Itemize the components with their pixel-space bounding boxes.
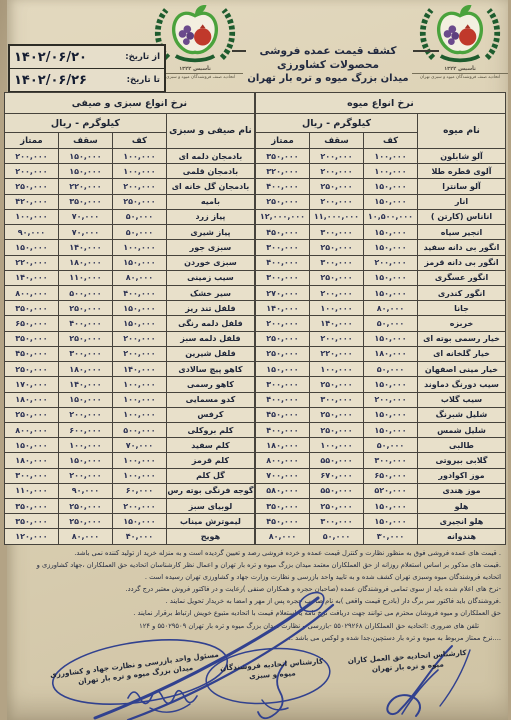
fruit-ceiling-cell: ۲۵۰,۰۰۰ <box>310 499 364 514</box>
veg-floor-cell: ۵۰,۰۰۰ <box>112 225 166 240</box>
veg-table-row: فلفل دلمه سبز ۲۰۰,۰۰۰ ۲۵۰,۰۰۰ ۳۵۰,۰۰۰ <box>4 331 254 346</box>
fruit-name-cell: خیار مینی اصفهان <box>418 362 506 377</box>
fruit-floor-cell: ۳۰,۰۰۰ <box>364 529 418 545</box>
fruit-ceiling-cell: ۵۵۰,۰۰۰ <box>310 483 364 498</box>
veg-ceiling-cell: ۳۰۰,۰۰۰ <box>58 346 112 361</box>
veg-floor-cell: ۲۰۰,۰۰۰ <box>112 331 166 346</box>
fruit-premium-cell: ۳۰۰,۰۰۰ <box>255 377 309 392</box>
veg-name-cell: کدو مسمایی <box>166 392 254 407</box>
fruit-ceiling-cell: ۱۱,۰۰۰,۰۰۰ <box>310 209 364 224</box>
veg-floor-header: کف <box>112 133 166 149</box>
footnote-line: اتحادیه فروشندگان میوه وسبزی تهران کشف ش… <box>6 571 505 583</box>
veg-floor-cell: ۲۵۰,۰۰۰ <box>112 194 166 209</box>
veg-ceiling-cell: ۱۸۰,۰۰۰ <box>58 362 112 377</box>
fruit-premium-cell: ۱۵۰,۰۰۰ <box>255 362 309 377</box>
fruit-table-title: نرخ انواع میوه <box>255 93 505 114</box>
fruit-premium-cell: ۴۵۰,۰۰۰ <box>255 514 309 529</box>
veg-ceiling-cell: ۲۵۰,۰۰۰ <box>58 301 112 316</box>
veg-table-row: کلم سفید ۷۰,۰۰۰ ۱۰۰,۰۰۰ ۱۵۰,۰۰۰ <box>4 438 254 453</box>
veg-ceiling-cell: ۷۰,۰۰۰ <box>58 209 112 224</box>
veg-ceiling-cell: ۱۵۰,۰۰۰ <box>58 453 112 468</box>
veg-premium-cell: ۳۵۰,۰۰۰ <box>4 499 58 514</box>
veg-floor-cell: ۱۰۰,۰۰۰ <box>112 377 166 392</box>
veg-name-cell: کلم قرمز <box>166 453 254 468</box>
fruit-ceiling-cell: ۱۰۰,۰۰۰ <box>310 362 364 377</box>
fruit-floor-cell: ۱۵۰,۰۰۰ <box>364 194 418 209</box>
fruit-premium-cell: ۳۵۰,۰۰۰ <box>255 149 309 164</box>
veg-name-cell: کلم بروکلی <box>166 422 254 437</box>
veg-ceiling-cell: ۲۵۰,۰۰۰ <box>58 331 112 346</box>
fruit-ceiling-cell: ۱۴۰,۰۰۰ <box>310 316 364 331</box>
veg-premium-cell: ۸۰۰,۰۰۰ <box>4 285 58 300</box>
veg-premium-cell: ۹۰,۰۰۰ <box>4 225 58 240</box>
fruit-ceiling-cell: ۶۷۰,۰۰۰ <box>310 468 364 483</box>
footnotes: . قیمت های عمده فروشی فوق به منظور نظارت… <box>6 547 505 644</box>
fruit-ceiling-cell: ۲۰۰,۰۰۰ <box>310 149 364 164</box>
veg-name-cell: کاهو رسمی <box>166 377 254 392</box>
veg-name-cell: فلفل تند ریز <box>166 301 254 316</box>
fruit-name-cell: هلو انجیری <box>418 514 506 529</box>
date-to-row: تا تاریخ: ۱۴۰۲/۰۶/۲۶ <box>10 69 164 91</box>
fruit-premium-cell: ۲۵۰,۰۰۰ <box>255 331 309 346</box>
fruit-floor-cell: ۱۵۰,۰۰۰ <box>364 407 418 422</box>
date-range-box: از تاریخ: ۱۴۰۲/۰۶/۲۰ تا تاریخ: ۱۴۰۲/۰۶/۲… <box>8 44 166 93</box>
footnote-line: ....نرخ ممتاز مربوط به میوه و تره بار دس… <box>6 632 505 644</box>
veg-premium-cell: ۱۵۰,۰۰۰ <box>4 438 58 453</box>
fruit-premium-cell: ۴۰۰,۰۰۰ <box>255 392 309 407</box>
fruit-table-row: انگور بی دانه قرمز ۲۰۰,۰۰۰ ۳۰۰,۰۰۰ ۴۰۰,۰… <box>255 255 505 270</box>
footnote-line: -نرخ های اعلام شده باید از سوی تمامی فرو… <box>6 583 505 595</box>
veg-table-row: کلم قرمز ۱۰۰,۰۰۰ ۱۵۰,۰۰۰ ۱۸۰,۰۰۰ <box>4 453 254 468</box>
fruit-ceiling-cell: ۵۵۰,۰۰۰ <box>310 453 364 468</box>
veg-ceiling-cell: ۱۵۰,۰۰۰ <box>58 392 112 407</box>
veg-table-row: فلفل شیرین ۲۰۰,۰۰۰ ۳۰۰,۰۰۰ ۴۵۰,۰۰۰ <box>4 346 254 361</box>
fruit-floor-cell: ۱۵۰,۰۰۰ <box>364 514 418 529</box>
veg-premium-header: ممتاز <box>4 133 58 149</box>
veg-table-row: سیب زمینی ۸۰,۰۰۰ ۱۱۰,۰۰۰ ۱۴۰,۰۰۰ <box>4 270 254 285</box>
fruit-floor-cell: ۱۰۰,۰۰۰ <box>364 164 418 179</box>
fruit-table-row: موز هندی ۵۲۰,۰۰۰ ۵۵۰,۰۰۰ ۵۸۰,۰۰۰ <box>255 483 505 498</box>
fruit-premium-cell: ۱۸۰,۰۰۰ <box>255 438 309 453</box>
veg-floor-cell: ۲۰۰,۰۰۰ <box>112 346 166 361</box>
fruit-premium-cell: ۲۰۰,۰۰۰ <box>255 316 309 331</box>
veg-table-row: کاهو پیچ سالادی ۱۴۰,۰۰۰ ۱۸۰,۰۰۰ ۲۵۰,۰۰۰ <box>4 362 254 377</box>
veg-ceiling-cell: ۶۰۰,۰۰۰ <box>58 422 112 437</box>
fruit-floor-cell: ۵۰,۰۰۰ <box>364 362 418 377</box>
fruit-ceiling-cell: ۳۰۰,۰۰۰ <box>310 514 364 529</box>
veg-premium-cell: ۳۰۰,۰۰۰ <box>4 468 58 483</box>
veg-floor-cell: ۱۰۰,۰۰۰ <box>112 468 166 483</box>
fruit-price-table: نرخ انواع میوه نام میوه کیلوگرم - ریال ک… <box>255 92 506 545</box>
fruit-name-cell: انگور عسگری <box>418 270 506 285</box>
veg-floor-cell: ۱۰۰,۰۰۰ <box>112 149 166 164</box>
veg-floor-cell: ۱۰۰,۰۰۰ <box>112 407 166 422</box>
veg-floor-cell: ۲۰۰,۰۰۰ <box>112 499 166 514</box>
veg-name-cell: پیاز زرد <box>166 209 254 224</box>
fruit-table-row: آلوی قطره طلا ۱۰۰,۰۰۰ ۲۰۰,۰۰۰ ۳۲۰,۰۰۰ <box>255 164 505 179</box>
veg-table-row: کاهو رسمی ۱۰۰,۰۰۰ ۱۴۰,۰۰۰ ۱۷۰,۰۰۰ <box>4 377 254 392</box>
veg-table-row: فلفل تند ریز ۱۵۰,۰۰۰ ۲۵۰,۰۰۰ ۳۵۰,۰۰۰ <box>4 301 254 316</box>
date-from-row: از تاریخ: ۱۴۰۲/۰۶/۲۰ <box>10 46 164 69</box>
fruit-name-cell: انجیر سیاه <box>418 225 506 240</box>
fruit-table-row: گلابی بیروتی ۳۰۰,۰۰۰ ۵۵۰,۰۰۰ ۸۰۰,۰۰۰ <box>255 453 505 468</box>
veg-premium-cell: ۲۰۰,۰۰۰ <box>4 149 58 164</box>
fruit-name-cell: آلو سانترا <box>418 179 506 194</box>
veg-floor-cell: ۱۵۰,۰۰۰ <box>112 514 166 529</box>
veg-floor-cell: ۴۰,۰۰۰ <box>112 529 166 545</box>
veg-name-cell: گوجه فرنگی بوته رس <box>166 483 254 498</box>
veg-floor-cell: ۱۰۰,۰۰۰ <box>112 453 166 468</box>
veg-table-row: کدو مسمایی ۱۰۰,۰۰۰ ۱۵۰,۰۰۰ ۱۸۰,۰۰۰ <box>4 392 254 407</box>
veg-table-row: کلم بروکلی ۵۰۰,۰۰۰ ۶۰۰,۰۰۰ ۸۰۰,۰۰۰ <box>4 422 254 437</box>
fruit-name-cell: گلابی بیروتی <box>418 453 506 468</box>
veg-floor-cell: ۵۰,۰۰۰ <box>112 209 166 224</box>
fruit-ceiling-cell: ۵۰,۰۰۰ <box>310 529 364 545</box>
fruit-table-row: خیار گلخانه ای ۱۸۰,۰۰۰ ۲۲۰,۰۰۰ ۲۵۰,۰۰۰ <box>255 346 505 361</box>
fruit-table-row: موز اکوادور ۶۵۰,۰۰۰ ۶۷۰,۰۰۰ ۷۰۰,۰۰۰ <box>255 468 505 483</box>
fruit-premium-cell: ۱۲,۰۰۰,۰۰۰ <box>255 209 309 224</box>
fruit-table-row: انگور بی دانه سفید ۱۵۰,۰۰۰ ۲۵۰,۰۰۰ ۳۰۰,۰… <box>255 240 505 255</box>
veg-premium-cell: ۴۵۰,۰۰۰ <box>4 346 58 361</box>
fruit-name-cell: انگور بی دانه سفید <box>418 240 506 255</box>
veg-floor-cell: ۵۰۰,۰۰۰ <box>112 422 166 437</box>
veg-table-row: بادمجان قلمی ۱۰۰,۰۰۰ ۱۵۰,۰۰۰ ۲۰۰,۰۰۰ <box>4 164 254 179</box>
vegetable-price-table: نرخ انواع سبزی و صیفی نام صیفی و سبزی کی… <box>4 92 255 545</box>
veg-name-cell: سبزی خوردن <box>166 255 254 270</box>
fruit-table-row: سیب گلاب ۲۰۰,۰۰۰ ۳۰۰,۰۰۰ ۴۰۰,۰۰۰ <box>255 392 505 407</box>
veg-table-row: سبزی جور ۱۰۰,۰۰۰ ۱۴۰,۰۰۰ ۱۵۰,۰۰۰ <box>4 240 254 255</box>
fruit-floor-cell: ۵۰,۰۰۰ <box>364 316 418 331</box>
date-to-label: تا تاریخ: <box>127 75 160 85</box>
fruit-floor-cell: ۱۸۰,۰۰۰ <box>364 346 418 361</box>
veg-floor-cell: ۱۴۰,۰۰۰ <box>112 362 166 377</box>
fruit-ceiling-cell: ۲۲۰,۰۰۰ <box>310 346 364 361</box>
veg-name-cell: فلفل دلمه رنگی <box>166 316 254 331</box>
fruit-ceiling-cell: ۳۰۰,۰۰۰ <box>310 255 364 270</box>
fruit-floor-cell: ۱۵۰,۰۰۰ <box>364 422 418 437</box>
veg-table-title: نرخ انواع سبزی و صیفی <box>4 93 254 114</box>
fruit-premium-cell: ۳۰۰,۰۰۰ <box>255 240 309 255</box>
date-to-value: ۱۴۰۲/۰۶/۲۶ <box>14 73 87 88</box>
veg-ceiling-cell: ۲۲۰,۰۰۰ <box>58 179 112 194</box>
fruit-floor-cell: ۶۵۰,۰۰۰ <box>364 468 418 483</box>
fruit-ceiling-cell: ۲۵۰,۰۰۰ <box>310 407 364 422</box>
fruit-ceiling-cell: ۲۰۰,۰۰۰ <box>310 164 364 179</box>
header-rule <box>413 50 439 52</box>
fruit-premium-cell: ۴۰۰,۰۰۰ <box>255 255 309 270</box>
fruit-floor-cell: ۵۰,۰۰۰ <box>364 438 418 453</box>
veg-ceiling-header: سقف <box>58 133 112 149</box>
fruit-premium-cell: ۱۴۰,۰۰۰ <box>255 301 309 316</box>
fruit-premium-cell: ۳۵۰,۰۰۰ <box>255 499 309 514</box>
fruit-premium-cell: ۴۰۰,۰۰۰ <box>255 422 309 437</box>
fruit-premium-cell: ۴۵۰,۰۰۰ <box>255 225 309 240</box>
veg-name-cell: لیموترش میناب <box>166 514 254 529</box>
veg-name-cell: بادمجان گل خانه ای <box>166 179 254 194</box>
fruit-floor-cell: ۱۵۰,۰۰۰ <box>364 377 418 392</box>
fruit-ceiling-cell: ۱۰۰,۰۰۰ <box>310 438 364 453</box>
fruit-ceiling-cell: ۲۵۰,۰۰۰ <box>310 240 364 255</box>
fruit-premium-cell: ۴۰۰,۰۰۰ <box>255 179 309 194</box>
veg-ceiling-cell: ۲۵۰,۰۰۰ <box>58 499 112 514</box>
veg-table-row: گل کلم ۱۰۰,۰۰۰ ۲۰۰,۰۰۰ ۳۰۰,۰۰۰ <box>4 468 254 483</box>
fruit-name-cell: سیب گلاب <box>418 392 506 407</box>
fruit-floor-cell: ۱۵۰,۰۰۰ <box>364 270 418 285</box>
veg-ceiling-cell: ۵۰۰,۰۰۰ <box>58 285 112 300</box>
fruit-name-cell: هلو <box>418 499 506 514</box>
veg-premium-cell: ۱۱۰,۰۰۰ <box>4 483 58 498</box>
veg-premium-cell: ۱۰۰,۰۰۰ <box>4 209 58 224</box>
fruit-name-column-header: نام میوه <box>418 114 506 149</box>
fruit-table-row: هلو ۱۵۰,۰۰۰ ۲۵۰,۰۰۰ ۳۵۰,۰۰۰ <box>255 499 505 514</box>
veg-name-column-header: نام صیفی و سبزی <box>166 114 254 149</box>
fruit-table-row: آلو شابلون ۱۰۰,۰۰۰ ۲۰۰,۰۰۰ ۳۵۰,۰۰۰ <box>255 149 505 164</box>
fruit-table-row: انار ۱۵۰,۰۰۰ ۲۰۰,۰۰۰ ۲۵۰,۰۰۰ <box>255 194 505 209</box>
veg-ceiling-cell: ۸۰,۰۰۰ <box>58 529 112 545</box>
fruit-name-cell: اناناس (کارتن ) <box>418 209 506 224</box>
veg-ceiling-cell: ۹۰,۰۰۰ <box>58 483 112 498</box>
veg-name-cell: کاهو پیچ سالادی <box>166 362 254 377</box>
fruit-name-cell: شلیل شمس <box>418 422 506 437</box>
veg-table-row: هویج ۴۰,۰۰۰ ۸۰,۰۰۰ ۱۲۰,۰۰۰ <box>4 529 254 545</box>
fruit-table-row: خیار رسمی بوته ای ۱۵۰,۰۰۰ ۲۰۰,۰۰۰ ۲۵۰,۰۰… <box>255 331 505 346</box>
fruit-name-cell: شلیل شبرنگ <box>418 407 506 422</box>
fruit-name-cell: طالبی <box>418 438 506 453</box>
veg-name-cell: پیاز شیری <box>166 225 254 240</box>
fruit-ceiling-cell: ۳۰۰,۰۰۰ <box>310 225 364 240</box>
document-title: کشف قیمت عمده فروشی محصولات کشاورزی میدا… <box>243 44 413 85</box>
fruit-table-row: انگور کندری ۱۵۰,۰۰۰ ۲۰۰,۰۰۰ ۲۷۰,۰۰۰ <box>255 285 505 300</box>
fruit-floor-cell: ۱۵۰,۰۰۰ <box>364 331 418 346</box>
veg-name-cell: کرفس <box>166 407 254 422</box>
veg-table-row: لوبیای سبز ۲۰۰,۰۰۰ ۲۵۰,۰۰۰ ۳۵۰,۰۰۰ <box>4 499 254 514</box>
veg-table-row: پیاز شیری ۵۰,۰۰۰ ۷۰,۰۰۰ ۹۰,۰۰۰ <box>4 225 254 240</box>
fruit-name-cell: خیار رسمی بوته ای <box>418 331 506 346</box>
veg-ceiling-cell: ۳۵۰,۰۰۰ <box>58 194 112 209</box>
veg-table-row: گوجه فرنگی بوته رس ۶۰,۰۰۰ ۹۰,۰۰۰ ۱۱۰,۰۰۰ <box>4 483 254 498</box>
veg-floor-cell: ۱۵۰,۰۰۰ <box>112 255 166 270</box>
veg-premium-cell: ۲۵۰,۰۰۰ <box>4 179 58 194</box>
fruit-name-cell: آلوی قطره طلا <box>418 164 506 179</box>
union-logo-right: تأسیس ۱۳۲۲ اتحادیه صنف فروشندگان میوه و … <box>412 2 508 80</box>
fruit-premium-cell: ۲۷۰,۰۰۰ <box>255 285 309 300</box>
veg-name-cell: لوبیای سبز <box>166 499 254 514</box>
fruit-premium-cell: ۴۵۰,۰۰۰ <box>255 407 309 422</box>
veg-floor-cell: ۸۰,۰۰۰ <box>112 270 166 285</box>
veg-premium-cell: ۳۵۰,۰۰۰ <box>4 301 58 316</box>
fruit-table-row: آلو سانترا ۱۵۰,۰۰۰ ۲۵۰,۰۰۰ ۴۰۰,۰۰۰ <box>255 179 505 194</box>
veg-name-cell: بامیه <box>166 194 254 209</box>
veg-floor-cell: ۱۵۰,۰۰۰ <box>112 301 166 316</box>
veg-table-row: بامیه ۲۵۰,۰۰۰ ۳۵۰,۰۰۰ ۴۲۰,۰۰۰ <box>4 194 254 209</box>
fruit-name-cell: انگور کندری <box>418 285 506 300</box>
veg-premium-cell: ۸۰۰,۰۰۰ <box>4 422 58 437</box>
fruit-table-row: انجیر سیاه ۱۵۰,۰۰۰ ۳۰۰,۰۰۰ ۴۵۰,۰۰۰ <box>255 225 505 240</box>
veg-premium-cell: ۱۴۰,۰۰۰ <box>4 270 58 285</box>
fruit-floor-cell: ۱۰۰,۰۰۰ <box>364 149 418 164</box>
fruit-premium-cell: ۲۵۰,۰۰۰ <box>255 346 309 361</box>
fruit-premium-cell: ۳۰۰,۰۰۰ <box>255 270 309 285</box>
veg-ceiling-cell: ۴۰۰,۰۰۰ <box>58 316 112 331</box>
fruit-ceiling-header: سقف <box>310 133 364 149</box>
veg-premium-cell: ۳۵۰,۰۰۰ <box>4 331 58 346</box>
veg-ceiling-cell: ۲۵۰,۰۰۰ <box>58 514 112 529</box>
veg-table-row: کرفس ۱۰۰,۰۰۰ ۲۰۰,۰۰۰ ۲۵۰,۰۰۰ <box>4 407 254 422</box>
veg-floor-cell: ۱۰۰,۰۰۰ <box>112 240 166 255</box>
veg-table-row: بادمجان دلمه ای ۱۰۰,۰۰۰ ۱۵۰,۰۰۰ ۲۰۰,۰۰۰ <box>4 149 254 164</box>
veg-ceiling-cell: ۷۰,۰۰۰ <box>58 225 112 240</box>
veg-premium-cell: ۱۲۰,۰۰۰ <box>4 529 58 545</box>
veg-ceiling-cell: ۱۰۰,۰۰۰ <box>58 438 112 453</box>
fruit-ceiling-cell: ۲۵۰,۰۰۰ <box>310 270 364 285</box>
fruit-name-cell: موز اکوادور <box>418 468 506 483</box>
veg-ceiling-cell: ۱۴۰,۰۰۰ <box>58 377 112 392</box>
veg-premium-cell: ۱۸۰,۰۰۰ <box>4 453 58 468</box>
fruit-name-cell: جانا <box>418 301 506 316</box>
fruit-floor-cell: ۱۵۰,۰۰۰ <box>364 285 418 300</box>
fruit-floor-cell: ۳۰۰,۰۰۰ <box>364 453 418 468</box>
fruit-ceiling-cell: ۲۰۰,۰۰۰ <box>310 285 364 300</box>
veg-floor-cell: ۶۰,۰۰۰ <box>112 483 166 498</box>
fruit-premium-header: ممتاز <box>255 133 309 149</box>
veg-ceiling-cell: ۱۵۰,۰۰۰ <box>58 149 112 164</box>
veg-floor-cell: ۴۰۰,۰۰۰ <box>112 285 166 300</box>
veg-premium-cell: ۱۷۰,۰۰۰ <box>4 377 58 392</box>
veg-unit-header: کیلوگرم - ریال <box>4 114 166 133</box>
fruit-floor-cell: ۱۰,۵۰۰,۰۰۰ <box>364 209 418 224</box>
fruit-ceiling-cell: ۲۰۰,۰۰۰ <box>310 194 364 209</box>
fruit-table-row: شلیل شبرنگ ۱۵۰,۰۰۰ ۲۵۰,۰۰۰ ۴۵۰,۰۰۰ <box>255 407 505 422</box>
logo-caption: اتحادیه صنف فروشندگان میوه و سبزی تهران <box>412 73 508 80</box>
fruit-ceiling-cell: ۲۵۰,۰۰۰ <box>310 422 364 437</box>
fruit-ceiling-cell: ۲۵۰,۰۰۰ <box>310 377 364 392</box>
fruit-table-row: شلیل شمس ۱۵۰,۰۰۰ ۲۵۰,۰۰۰ ۴۰۰,۰۰۰ <box>255 422 505 437</box>
fruit-ceiling-cell: ۲۵۰,۰۰۰ <box>310 179 364 194</box>
veg-ceiling-cell: ۱۱۰,۰۰۰ <box>58 270 112 285</box>
fruit-name-cell: خربزه <box>418 316 506 331</box>
fruit-floor-cell: ۵۲۰,۰۰۰ <box>364 483 418 498</box>
fruit-table-row: سیب دورنگ دماوند ۱۵۰,۰۰۰ ۲۵۰,۰۰۰ ۳۰۰,۰۰۰ <box>255 377 505 392</box>
footnote-line: حق العملکاران و میوه فروشان محترم می توا… <box>6 607 505 619</box>
fruit-premium-cell: ۲۵۰,۰۰۰ <box>255 194 309 209</box>
fruit-floor-cell: ۲۰۰,۰۰۰ <box>364 392 418 407</box>
logo-est-year: تأسیس ۱۳۲۲ <box>412 66 508 72</box>
fruit-premium-cell: ۳۲۰,۰۰۰ <box>255 164 309 179</box>
fruit-floor-cell: ۱۵۰,۰۰۰ <box>364 240 418 255</box>
fruit-table-row: خربزه ۵۰,۰۰۰ ۱۴۰,۰۰۰ ۲۰۰,۰۰۰ <box>255 316 505 331</box>
fruit-table-row: هندوانه ۳۰,۰۰۰ ۵۰,۰۰۰ ۸۰,۰۰۰ <box>255 529 505 545</box>
title-line-2: میدان بزرگ میوه و تره بار تهران <box>243 72 413 85</box>
document-photo: تأسیس ۱۳۲۲ اتحادیه صنف فروشندگان میوه و … <box>0 0 511 720</box>
fruit-ceiling-cell: ۲۰۰,۰۰۰ <box>310 331 364 346</box>
price-tables: نرخ انواع میوه نام میوه کیلوگرم - ریال ک… <box>5 92 506 545</box>
veg-floor-cell: ۱۰۰,۰۰۰ <box>112 392 166 407</box>
veg-table-row: سیر خشک ۴۰۰,۰۰۰ ۵۰۰,۰۰۰ ۸۰۰,۰۰۰ <box>4 285 254 300</box>
fruit-premium-cell: ۵۸۰,۰۰۰ <box>255 483 309 498</box>
veg-ceiling-cell: ۲۰۰,۰۰۰ <box>58 407 112 422</box>
veg-floor-cell: ۷۰,۰۰۰ <box>112 438 166 453</box>
veg-ceiling-cell: ۲۰۰,۰۰۰ <box>58 468 112 483</box>
veg-name-cell: گل کلم <box>166 468 254 483</box>
veg-name-cell: کلم سفید <box>166 438 254 453</box>
fruit-name-cell: انار <box>418 194 506 209</box>
veg-name-cell: هویج <box>166 529 254 545</box>
veg-premium-cell: ۲۲۰,۰۰۰ <box>4 255 58 270</box>
fruit-premium-cell: ۷۰۰,۰۰۰ <box>255 468 309 483</box>
fruit-floor-cell: ۱۵۰,۰۰۰ <box>364 179 418 194</box>
fruit-floor-cell: ۱۵۰,۰۰۰ <box>364 225 418 240</box>
fruit-unit-header: کیلوگرم - ریال <box>255 114 417 133</box>
fruit-table-row: جانا ۸۰,۰۰۰ ۱۰۰,۰۰۰ ۱۴۰,۰۰۰ <box>255 301 505 316</box>
veg-premium-cell: ۶۵۰,۰۰۰ <box>4 316 58 331</box>
fruit-name-cell: آلو شابلون <box>418 149 506 164</box>
fruit-table-row: خیار مینی اصفهان ۵۰,۰۰۰ ۱۰۰,۰۰۰ ۱۵۰,۰۰۰ <box>255 362 505 377</box>
veg-ceiling-cell: ۱۸۰,۰۰۰ <box>58 255 112 270</box>
veg-floor-cell: ۱۰۰,۰۰۰ <box>112 164 166 179</box>
veg-table-row: سبزی خوردن ۱۵۰,۰۰۰ ۱۸۰,۰۰۰ ۲۲۰,۰۰۰ <box>4 255 254 270</box>
fruit-floor-cell: ۲۰۰,۰۰۰ <box>364 255 418 270</box>
fruit-floor-cell: ۸۰,۰۰۰ <box>364 301 418 316</box>
footnote-line: .قیمت های مذکور بر اساس استعلام روزانه ا… <box>6 559 505 571</box>
fruit-name-cell: انگور بی دانه قرمز <box>418 255 506 270</box>
veg-name-cell: بادمجان قلمی <box>166 164 254 179</box>
veg-premium-cell: ۱۵۰,۰۰۰ <box>4 240 58 255</box>
veg-name-cell: سیر خشک <box>166 285 254 300</box>
footnote-line: .فروشندگان باید فاکتور سر برگ دار (بادرج… <box>6 595 505 607</box>
date-from-value: ۱۴۰۲/۰۶/۲۰ <box>14 50 87 65</box>
fruit-name-cell: هندوانه <box>418 529 506 545</box>
veg-table-row: لیموترش میناب ۱۵۰,۰۰۰ ۲۵۰,۰۰۰ ۳۵۰,۰۰۰ <box>4 514 254 529</box>
fruit-name-cell: سیب دورنگ دماوند <box>418 377 506 392</box>
fruit-table-row: اناناس (کارتن ) ۱۰,۵۰۰,۰۰۰ ۱۱,۰۰۰,۰۰۰ ۱۲… <box>255 209 505 224</box>
fruit-floor-header: کف <box>364 133 418 149</box>
veg-name-cell: بادمجان دلمه ای <box>166 149 254 164</box>
veg-table-row: فلفل دلمه رنگی ۱۵۰,۰۰۰ ۴۰۰,۰۰۰ ۶۵۰,۰۰۰ <box>4 316 254 331</box>
footnote-line: . قیمت های عمده فروشی فوق به منظور نظارت… <box>6 547 505 559</box>
fruit-premium-cell: ۸۰,۰۰۰ <box>255 529 309 545</box>
fruit-table-row: انگور عسگری ۱۵۰,۰۰۰ ۲۵۰,۰۰۰ ۳۰۰,۰۰۰ <box>255 270 505 285</box>
fruit-table-row: هلو انجیری ۱۵۰,۰۰۰ ۳۰۰,۰۰۰ ۴۵۰,۰۰۰ <box>255 514 505 529</box>
veg-floor-cell: ۱۵۰,۰۰۰ <box>112 316 166 331</box>
veg-name-cell: فلفل شیرین <box>166 346 254 361</box>
footnote-line: تلفن های ضروری :اتحادیه حق العملکاران ۵۵… <box>6 620 505 632</box>
veg-premium-cell: ۴۲۰,۰۰۰ <box>4 194 58 209</box>
veg-name-cell: سیب زمینی <box>166 270 254 285</box>
veg-ceiling-cell: ۱۴۰,۰۰۰ <box>58 240 112 255</box>
title-line-1: کشف قیمت عمده فروشی محصولات کشاورزی <box>243 44 413 72</box>
veg-premium-cell: ۳۵۰,۰۰۰ <box>4 514 58 529</box>
fruit-union-emblem-icon <box>412 2 508 64</box>
veg-ceiling-cell: ۱۵۰,۰۰۰ <box>58 164 112 179</box>
fruit-ceiling-cell: ۳۰۰,۰۰۰ <box>310 392 364 407</box>
date-from-label: از تاریخ: <box>125 52 160 62</box>
fruit-premium-cell: ۸۰۰,۰۰۰ <box>255 453 309 468</box>
veg-name-cell: سبزی جور <box>166 240 254 255</box>
veg-floor-cell: ۲۰۰,۰۰۰ <box>112 179 166 194</box>
fruit-table-row: طالبی ۵۰,۰۰۰ ۱۰۰,۰۰۰ ۱۸۰,۰۰۰ <box>255 438 505 453</box>
fruit-name-cell: موز هندی <box>418 483 506 498</box>
veg-table-row: بادمجان گل خانه ای ۲۰۰,۰۰۰ ۲۲۰,۰۰۰ ۲۵۰,۰… <box>4 179 254 194</box>
fruit-name-cell: خیار گلخانه ای <box>418 346 506 361</box>
veg-table-row: پیاز زرد ۵۰,۰۰۰ ۷۰,۰۰۰ ۱۰۰,۰۰۰ <box>4 209 254 224</box>
veg-premium-cell: ۱۸۰,۰۰۰ <box>4 392 58 407</box>
veg-premium-cell: ۲۵۰,۰۰۰ <box>4 407 58 422</box>
fruit-floor-cell: ۱۵۰,۰۰۰ <box>364 499 418 514</box>
veg-premium-cell: ۲۵۰,۰۰۰ <box>4 362 58 377</box>
fruit-ceiling-cell: ۱۰۰,۰۰۰ <box>310 301 364 316</box>
veg-premium-cell: ۲۰۰,۰۰۰ <box>4 164 58 179</box>
veg-name-cell: فلفل دلمه سبز <box>166 331 254 346</box>
